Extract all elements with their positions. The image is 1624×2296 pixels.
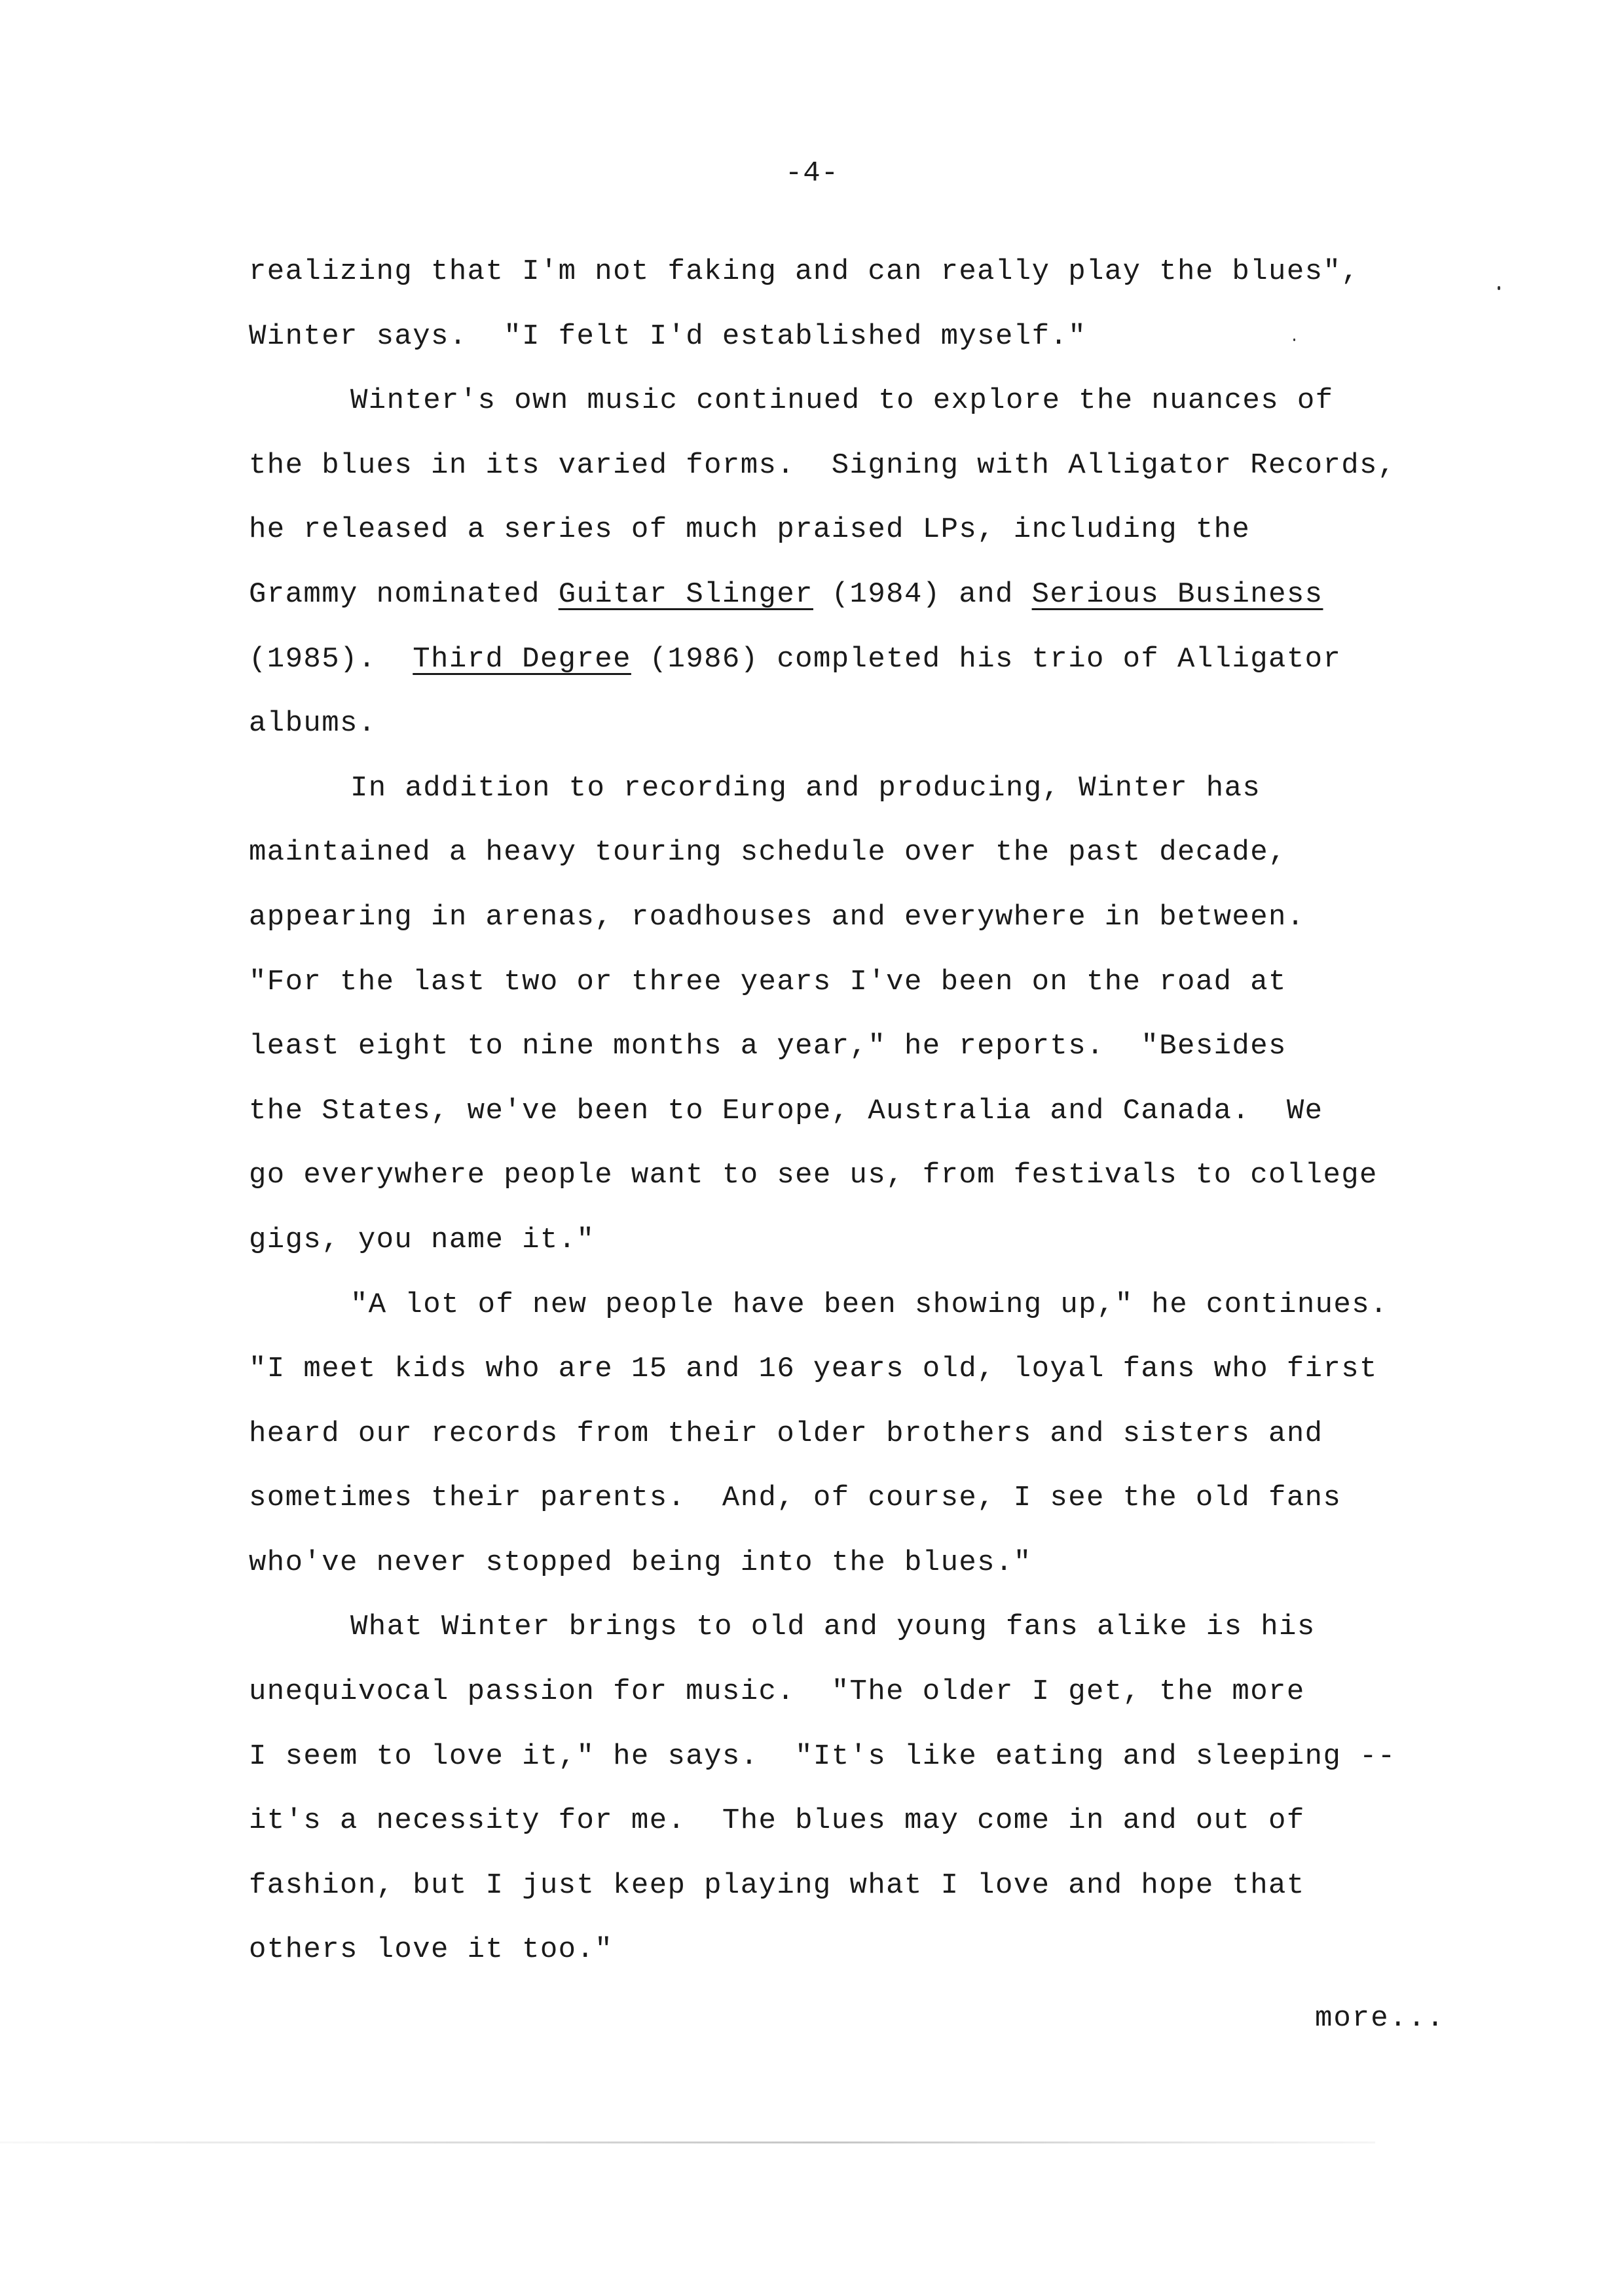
text-line: Grammy nominated Guitar Slinger (1984) a… <box>249 575 1493 640</box>
text-line: least eight to nine months a year," he r… <box>249 1027 1493 1091</box>
text-line: it's a necessity for me. The blues may c… <box>249 1801 1493 1866</box>
text-line: appearing in arenas, roadhouses and ever… <box>249 898 1493 962</box>
text-segment: (1984) and <box>813 578 1032 611</box>
text-segment: In addition to recording and producing, … <box>350 772 1261 805</box>
continuation-marker: more... <box>1315 2002 1445 2035</box>
album-title: Third Degree <box>413 643 631 676</box>
text-segment: appearing in arenas, roadhouses and ever… <box>249 901 1305 934</box>
text-line: "For the last two or three years I've be… <box>249 962 1493 1027</box>
text-line: Winter says. "I felt I'd established mys… <box>249 317 1493 382</box>
text-line: heard our records from their older broth… <box>249 1414 1493 1479</box>
text-segment: least eight to nine months a year," he r… <box>249 1030 1287 1063</box>
paragraph: "A lot of new people have been showing u… <box>249 1285 1493 1608</box>
text-line: fashion, but I just keep playing what I … <box>249 1866 1493 1931</box>
text-line: gigs, you name it." <box>249 1220 1493 1285</box>
text-line: who've never stopped being into the blue… <box>249 1543 1493 1608</box>
text-line: What Winter brings to old and young fans… <box>249 1607 1493 1672</box>
scan-edge-line <box>0 2141 1375 2143</box>
text-line: maintained a heavy touring schedule over… <box>249 833 1493 898</box>
text-line: albums. <box>249 704 1493 769</box>
text-segment: maintained a heavy touring schedule over… <box>249 836 1287 869</box>
text-segment: Grammy nominated <box>249 578 559 611</box>
text-segment: fashion, but I just keep playing what I … <box>249 1869 1305 1902</box>
text-segment: What Winter brings to old and young fans… <box>350 1611 1316 1643</box>
text-line: unequivocal passion for music. "The olde… <box>249 1672 1493 1737</box>
text-line: the States, we've been to Europe, Austra… <box>249 1091 1493 1156</box>
text-segment: "A lot of new people have been showing u… <box>350 1288 1388 1321</box>
text-segment: "For the last two or three years I've be… <box>249 966 1287 998</box>
text-segment: realizing that I'm not faking and can re… <box>249 255 1359 288</box>
page-number: -4- <box>0 157 1624 190</box>
text-line: realizing that I'm not faking and can re… <box>249 252 1493 317</box>
text-segment: Winter's own music continued to explore … <box>350 384 1333 417</box>
paragraph: Winter's own music continued to explore … <box>249 381 1493 769</box>
paragraph: realizing that I'm not faking and can re… <box>249 252 1493 381</box>
scan-speck <box>1293 338 1295 341</box>
paragraph: In addition to recording and producing, … <box>249 769 1493 1285</box>
text-segment: it's a necessity for me. The blues may c… <box>249 1804 1305 1837</box>
text-segment: (1985). <box>249 643 413 676</box>
text-line: "I meet kids who are 15 and 16 years old… <box>249 1349 1493 1414</box>
album-title: Guitar Slinger <box>559 578 813 611</box>
scan-speck <box>1498 286 1500 290</box>
text-segment: who've never stopped being into the blue… <box>249 1546 1032 1579</box>
text-segment: sometimes their parents. And, of course,… <box>249 1482 1341 1514</box>
body-text: realizing that I'm not faking and can re… <box>249 252 1493 1995</box>
text-segment: gigs, you name it." <box>249 1224 595 1256</box>
text-segment: go everywhere people want to see us, fro… <box>249 1159 1378 1192</box>
text-line: go everywhere people want to see us, fro… <box>249 1156 1493 1220</box>
text-segment: the States, we've been to Europe, Austra… <box>249 1095 1323 1127</box>
text-line: Winter's own music continued to explore … <box>249 381 1493 446</box>
text-segment: Winter says. "I felt I'd established mys… <box>249 320 1086 353</box>
text-segment: unequivocal passion for music. "The olde… <box>249 1675 1305 1708</box>
text-segment: heard our records from their older broth… <box>249 1417 1323 1450</box>
text-line: he released a series of much praised LPs… <box>249 510 1493 575</box>
text-line: (1985). Third Degree (1986) completed hi… <box>249 640 1493 704</box>
text-segment: he released a series of much praised LPs… <box>249 513 1250 546</box>
text-segment: (1986) completed his trio of Alligator <box>631 643 1341 676</box>
album-title: Serious Business <box>1032 578 1323 611</box>
text-line: sometimes their parents. And, of course,… <box>249 1478 1493 1543</box>
text-segment: albums. <box>249 707 377 740</box>
text-line: In addition to recording and producing, … <box>249 769 1493 833</box>
text-line: others love it too." <box>249 1930 1493 1995</box>
text-segment: I seem to love it," he says. "It's like … <box>249 1740 1396 1773</box>
text-segment: the blues in its varied forms. Signing w… <box>249 449 1396 482</box>
text-line: I seem to love it," he says. "It's like … <box>249 1737 1493 1802</box>
text-segment: others love it too." <box>249 1933 613 1966</box>
paragraph: What Winter brings to old and young fans… <box>249 1607 1493 1995</box>
text-line: the blues in its varied forms. Signing w… <box>249 446 1493 511</box>
text-line: "A lot of new people have been showing u… <box>249 1285 1493 1350</box>
text-segment: "I meet kids who are 15 and 16 years old… <box>249 1353 1378 1385</box>
